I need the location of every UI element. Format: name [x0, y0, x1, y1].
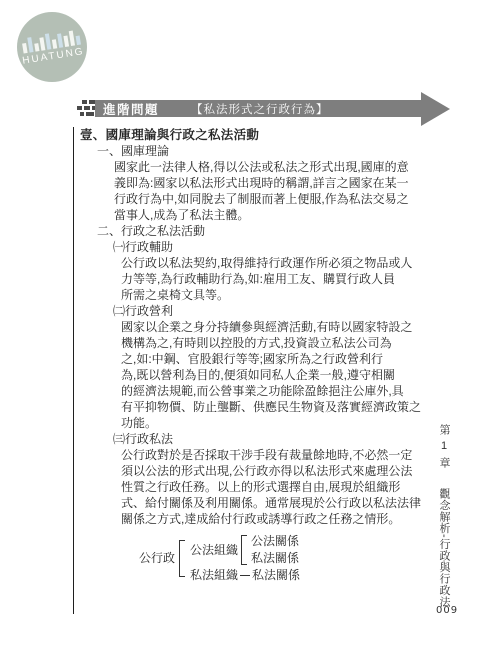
diagram-root: 公行政 — [139, 551, 175, 566]
section-2b-title: ㈡行政營利 — [80, 303, 436, 319]
section-1-title: 一、國庫理論 — [80, 143, 436, 159]
article-heading: 壹、國庫理論與行政之私法活動 — [80, 127, 436, 143]
publisher-logo: HUATUNG — [17, 12, 87, 82]
section-banner: 進階問題 【私法形式之行政行為】 — [95, 100, 421, 117]
page-number: 009 — [436, 605, 458, 616]
diagram-public-rel: 公法關係 — [251, 534, 299, 549]
article-body: 壹、國庫理論與行政之私法活動 一、國庫理論 國家此一法律人格,得以公法或私法之形… — [73, 127, 436, 614]
section-2-title: 二、行政之私法活動 — [80, 223, 436, 239]
chapter-sidebar: 第1章 觀念解析-行政與行政法 — [436, 424, 452, 607]
banner-title: 進階問題 — [103, 100, 159, 118]
diagram-private-rel: 私法關係 — [251, 551, 299, 566]
organization-bracket-diagram: 公行政 公法組織 公法關係 私法關係 私法組織 私法關係 — [139, 534, 436, 583]
diagram-private-org-rel: 私法關係 — [252, 568, 300, 583]
section-2c-paragraph: 公行政對於是否採取干涉手段有裁量餘地時,不必然一定 須以公法的形式出現,公行政亦… — [80, 447, 436, 527]
section-2a-title: ㈠行政輔助 — [80, 239, 436, 255]
chapter-title: 觀念解析-行政與行政法 — [436, 488, 452, 607]
publisher-logo-inner: HUATUNG — [17, 26, 87, 68]
banner-topic: 【私法形式之行政行為】 — [191, 101, 329, 117]
section-2b-paragraph: 國家以企業之身分持續參與經濟活動,有時以國家特設之 機構為之,有時則以控股的方式… — [80, 319, 436, 431]
bracket-icon — [241, 535, 247, 565]
section-2a-paragraph: 公行政以私法契約,取得維持行政運作所必須之物品或人 力等等,為行政輔助行為,如:… — [80, 255, 436, 303]
diagram-private-org: 私法組織 — [190, 568, 238, 583]
bracket-icon — [179, 540, 185, 577]
banner-arrow-icon — [421, 92, 450, 126]
diagram-public-org: 公法組織 — [190, 543, 238, 558]
chapter-number: 第1章 — [436, 424, 452, 473]
section-1-paragraph: 國家此一法律人格,得以公法或私法之形式出現,國庫的意 義即為:國家以私法形式出現… — [80, 159, 436, 223]
connector-dash-icon — [240, 575, 250, 576]
section-2c-title: ㈢行政私法 — [80, 431, 436, 447]
